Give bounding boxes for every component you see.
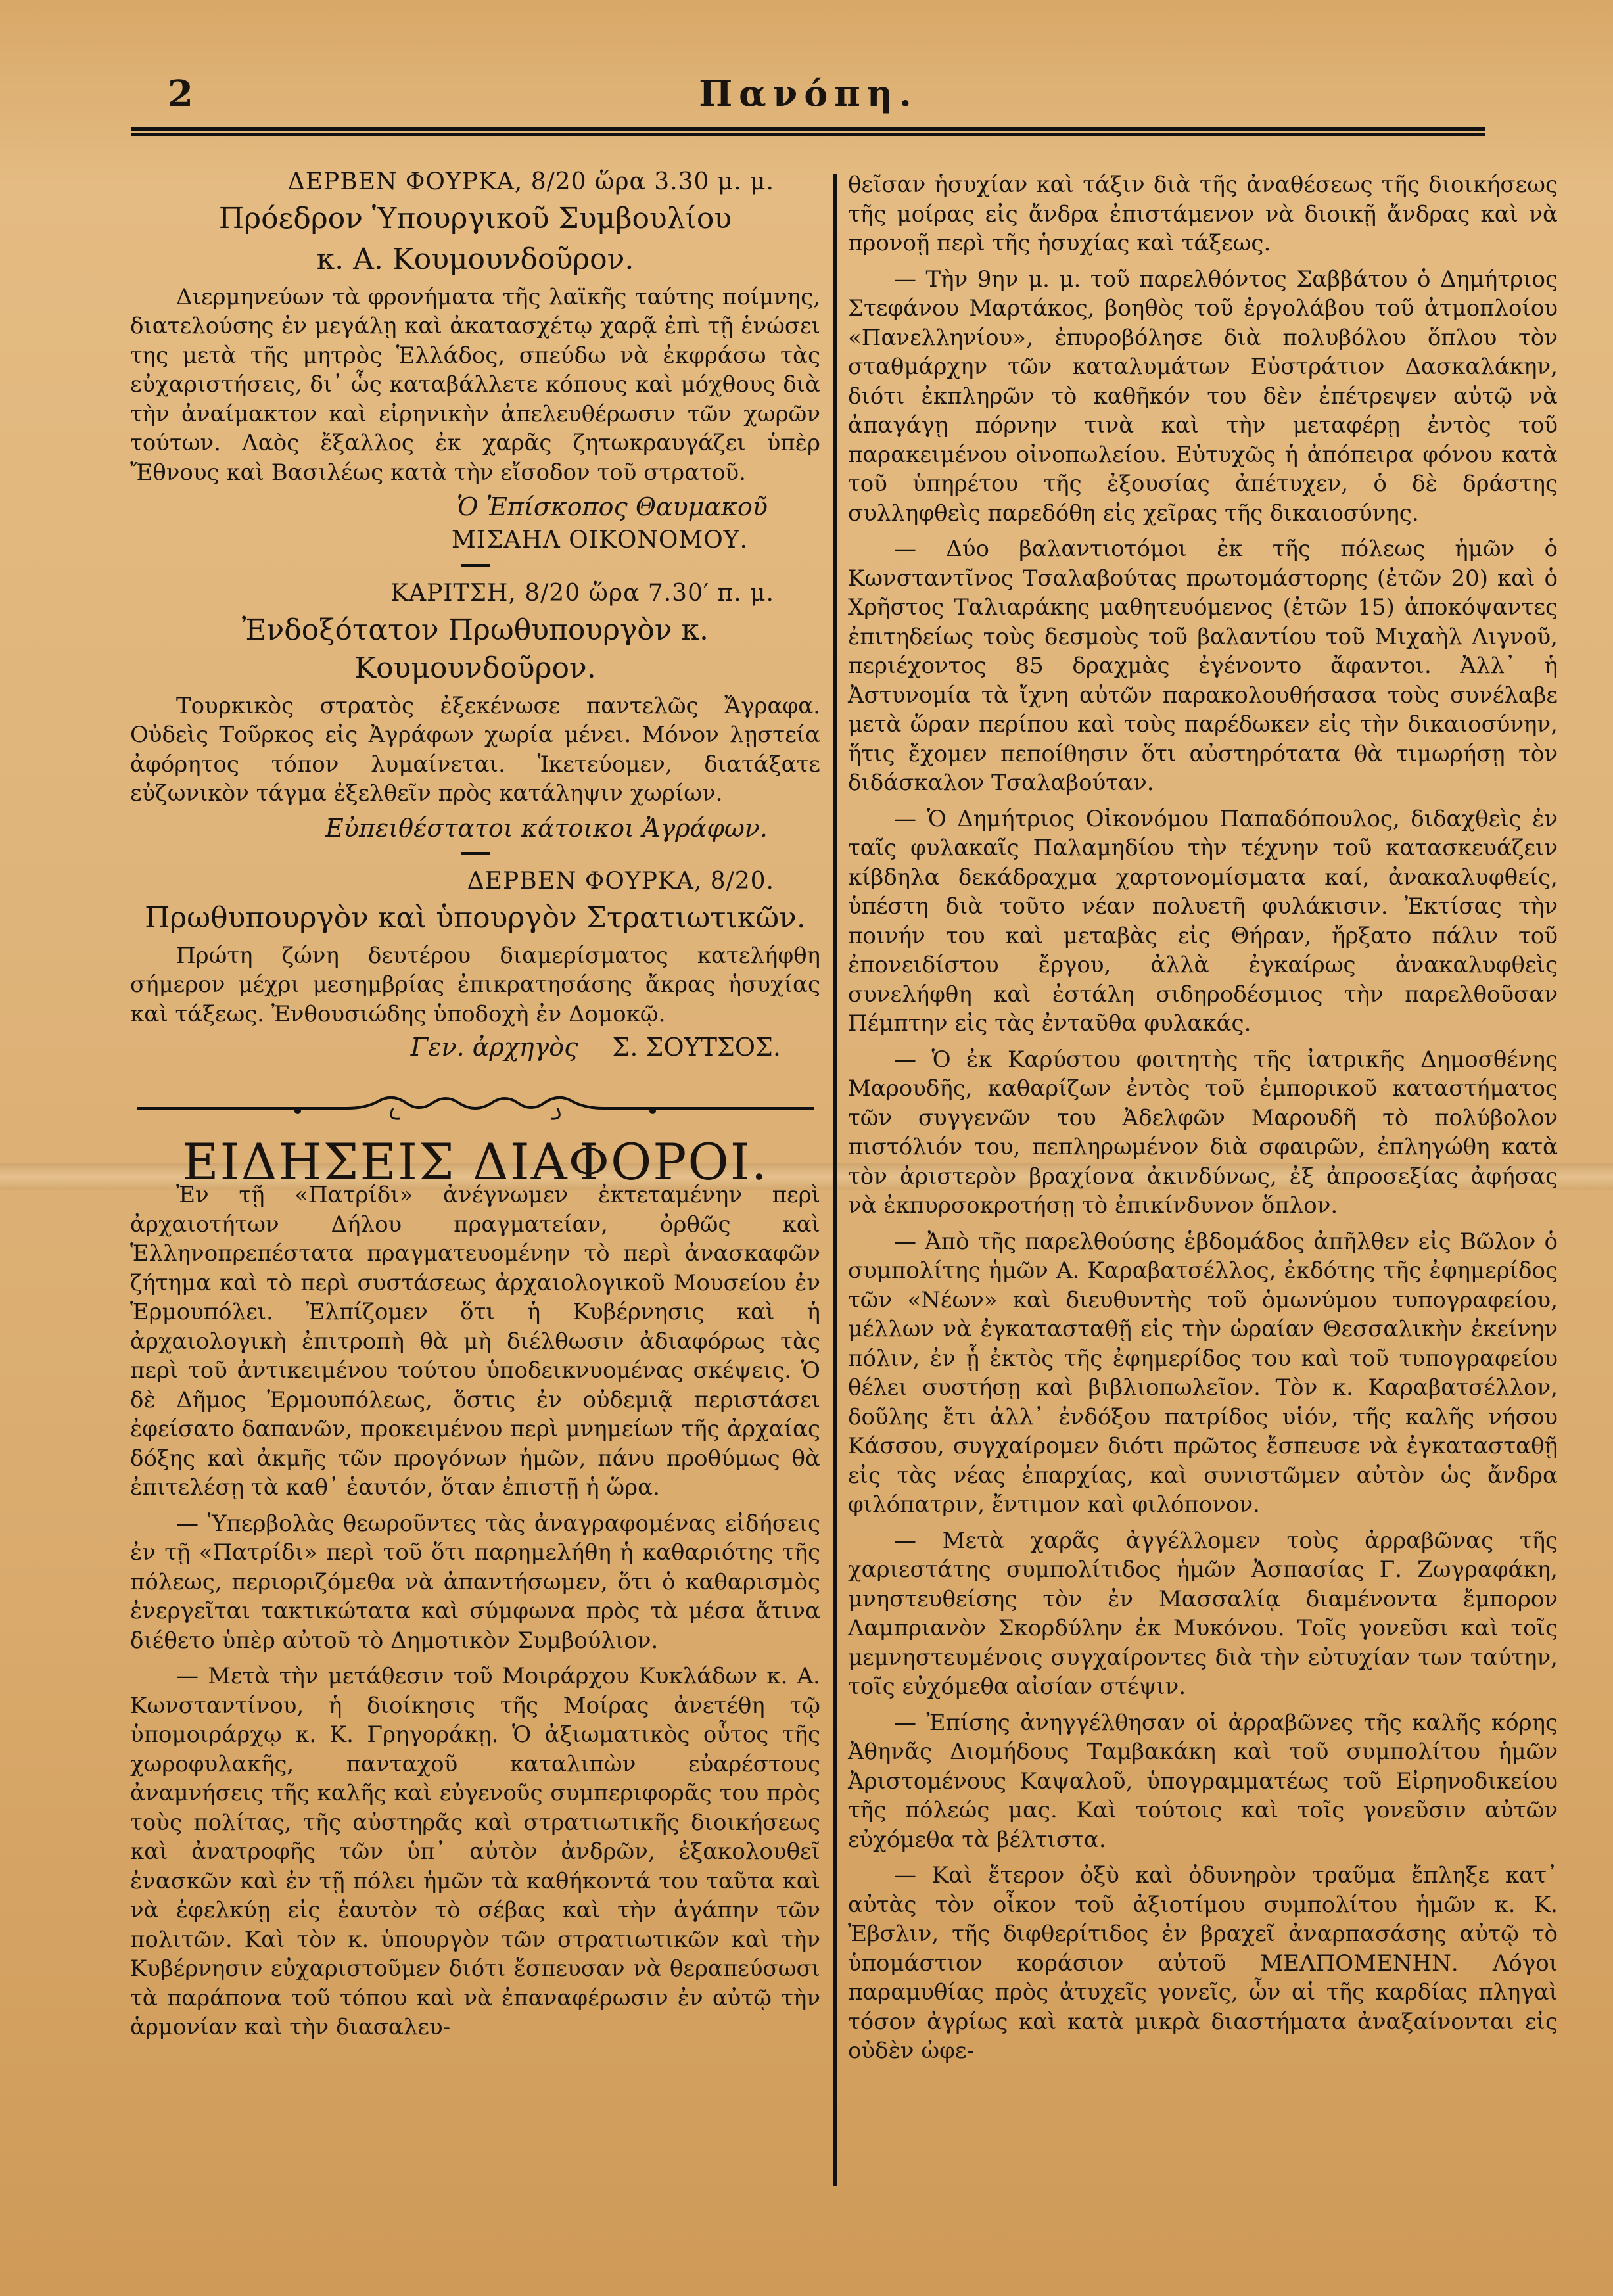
left-column: ΔΕΡΒΕΝ ΦΟΥΡΚΑ, 8/20 ὥρα 3.30 μ. μ. Πρόεδ…: [130, 168, 820, 2049]
news-item: — Μετὰ τὴν μετάθεσιν τοῦ Μοιράρχου Κυκλά…: [130, 1662, 820, 2042]
dash-separator: [461, 564, 490, 567]
telegram-3: ΔΕΡΒΕΝ ΦΟΥΡΚΑ, 8/20. Πρωθυπουργὸν καὶ ὑπ…: [130, 867, 820, 1062]
telegram-body: Τουρκικὸς στρατὸς ἐξεκένωσε παντελῶς Ἄγρ…: [130, 691, 820, 808]
telegram-signature: Εὐπειθέστατοι κάτοικοι Ἀγράφων.: [130, 814, 820, 843]
news-item: — Ὁ Δημήτριος Οἰκονόμου Παπαδόπουλος, δι…: [848, 805, 1558, 1039]
telegram-signature-title: Ὁ Ἐπίσκοπος Θαυμακοῦ: [130, 492, 820, 522]
newspaper-page: 2 Πανόπη. ΔΕΡΒΕΝ ΦΟΥΡΚΑ, 8/20 ὥρα 3.30 μ…: [0, 0, 1613, 2296]
news-item: Ἐν τῇ «Πατρίδι» ἀνέγνωμεν ἐκτεταμένην πε…: [130, 1181, 820, 1503]
news-item: — Ὑπερβολὰς θεωροῦντες τὰς ἀναγραφομένας…: [130, 1509, 820, 1656]
news-item: — Μετὰ χαρᾶς ἀγγέλλομεν τοὺς ἀρραβῶνας τ…: [848, 1526, 1558, 1702]
telegram-body: Διερμηνεύων τὰ φρονήματα τῆς λαϊκῆς ταύτ…: [130, 283, 820, 488]
telegram-dateline: ΔΕΡΒΕΝ ΦΟΥΡΚΑ, 8/20 ὥρα 3.30 μ. μ.: [130, 168, 820, 197]
news-item: — Ἐπίσης ἀνηγγέλθησαν οἱ ἀρραβῶνες τῆς κ…: [848, 1708, 1558, 1855]
telegram-signature: Γεν. ἀρχηγὸς Σ. ΣΟΥΤΣΟΣ.: [130, 1033, 820, 1062]
right-column: θεῖσαν ἡσυχίαν καὶ τάξιν διὰ τῆς ἀναθέσε…: [848, 168, 1558, 2073]
masthead-double-rule: [131, 127, 1485, 136]
dash-separator: [461, 852, 490, 855]
telegram-body: Πρώτη ζώνη δευτέρου διαμερίσματος κατελή…: [130, 941, 820, 1029]
ornamental-divider-icon: [130, 1089, 820, 1128]
masthead: 2 Πανόπη.: [131, 72, 1485, 125]
section-title: ΕΙΔΗΣΕΙΣ ΔΙΑΦΟΡΟΙ.: [130, 1148, 820, 1177]
telegram-dateline: ΚΑΡΙΤΣΗ, 8/20 ὥρα 7.30′ π. μ.: [130, 579, 820, 609]
news-section: ΕΙΔΗΣΕΙΣ ΔΙΑΦΟΡΟΙ. Ἐν τῇ «Πατρίδι» ἀνέγν…: [130, 1148, 820, 2042]
telegram-addressee: Πρόεδρον Ὑπουργικοῦ Συμβουλίου: [130, 200, 820, 238]
telegram-signature-name: ΜΙΣΑΗΛ ΟΙΚΟΝΟΜΟΥ.: [130, 526, 820, 555]
news-item-continued: θεῖσαν ἡσυχίαν καὶ τάξιν διὰ τῆς ἀναθέσε…: [848, 170, 1558, 258]
telegram-addressee: κ. Α. Κουμουνδοῦρον.: [130, 241, 820, 279]
telegram-dateline: ΔΕΡΒΕΝ ΦΟΥΡΚΑ, 8/20.: [130, 867, 820, 897]
news-item: — Καὶ ἕτερον ὀξὺ καὶ ὀδυνηρὸν τραῦμα ἔπλ…: [848, 1861, 1558, 2066]
signature-name: Σ. ΣΟΥΤΣΟΣ.: [613, 1033, 781, 1062]
paper-name: Πανόπη.: [131, 72, 1485, 114]
telegram-addressee: Πρωθυπουργὸν καὶ ὑπουργὸν Στρατιωτικῶν.: [130, 899, 820, 937]
news-item: — Ὁ ἐκ Καρύστου φοιτητὴς τῆς ἰατρικῆς Δη…: [848, 1045, 1558, 1221]
news-item: — Ἀπὸ τῆς παρελθούσης ἑβδομάδος ἀπῆλθεν …: [848, 1227, 1558, 1520]
news-item: — Τὴν 9ην μ. μ. τοῦ παρελθόντος Σαββάτου…: [848, 265, 1558, 528]
telegram-2: ΚΑΡΙΤΣΗ, 8/20 ὥρα 7.30′ π. μ. Ἐνδοξότατο…: [130, 579, 820, 843]
column-divider: [833, 174, 837, 2186]
news-item: — Δύο βαλαντιοτόμοι ἐκ τῆς πόλεως ἡμῶν ὁ…: [848, 534, 1558, 798]
telegram-1: ΔΕΡΒΕΝ ΦΟΥΡΚΑ, 8/20 ὥρα 3.30 μ. μ. Πρόεδ…: [130, 168, 820, 555]
telegram-addressee: Ἐνδοξότατον Πρωθυπουργὸν κ. Κουμουνδοῦρο…: [130, 611, 820, 688]
signature-title: Γεν. ἀρχηγὸς: [411, 1033, 578, 1062]
